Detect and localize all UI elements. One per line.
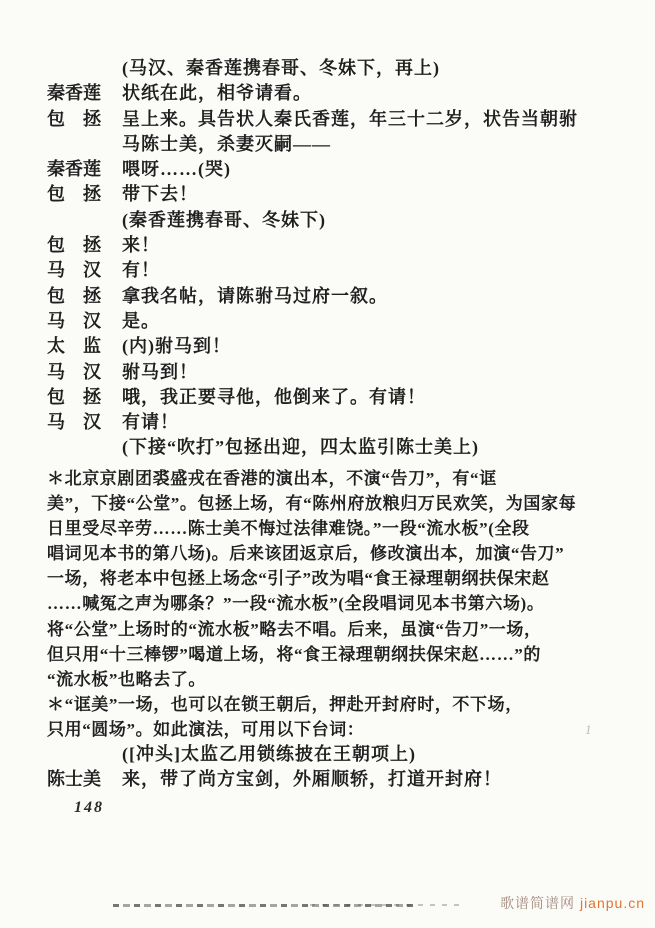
speaker-name: 秦香莲 [47,157,103,182]
script-line: 陈士美 来，带了尚方宝剑，外厢顺轿，打道开封府！ [47,767,622,792]
speaker-name: 包 拯 [47,182,103,207]
line-text: 是。 [122,311,160,331]
line-text: (秦香莲携春哥、冬妹下) [122,210,326,230]
script-line: 包 拯 哦，我正要寻他，他倒来了。有请！ [47,385,622,410]
watermark: 歌谱简谱网 jianpu.cn [500,893,645,913]
line-text: 有请！ [122,412,179,432]
footnote-line: 唱词见本书的第八场)。后来该团返京后，修改演出本，加演“告刀” [47,541,622,566]
script-line: 包 拯 带下去！ [47,182,622,207]
watermark-site-name: 歌谱简谱网 [500,895,575,911]
speaker-name: 包 拯 [47,233,103,258]
line-text: (马汉、秦香莲携春哥、冬妹下，再上) [122,58,440,78]
page-number: 148 [74,799,104,817]
scanned-book-page: (马汉、秦香莲携春哥、冬妹下，再上) 秦香莲 状纸在此，相爷请看。 包 拯 呈上… [0,0,655,928]
scan-artifact-line-faint [310,904,460,906]
line-text: 带下去！ [122,184,198,204]
footnote-line: 将“公堂”上场时的“流水板”略去不唱。后来，虽演“告刀”一场， [47,617,622,642]
line-text: ([冲头]太监乙用锁练披在王朝项上) [122,744,416,764]
script-line: (马汉、秦香莲携春哥、冬妹下，再上) [47,56,622,81]
script-line: 包 拯 呈上来。具告状人秦氏香莲，年三十二岁，状告当朝驸 [47,107,622,132]
line-text: 有！ [122,260,160,280]
script-line: (秦香莲携春哥、冬妹下) [47,208,622,233]
script-line: 马陈士美，杀妻灭嗣—— [47,132,622,157]
footnote-line: ＊北京京剧团裘盛戎在香港的演出本，不演“告刀”，有“诓 [47,466,622,491]
line-text: 来，带了尚方宝剑，外厢顺轿，打道开封府！ [122,769,502,789]
speaker-name: 太 监 [47,334,103,359]
speaker-name: 秦香莲 [47,81,103,106]
footnote-line: ＊“诓美”一场，也可以在锁王朝后，押赴开封府时，不下场， [47,692,622,717]
script-line: 秦香莲 状纸在此，相爷请看。 [47,81,622,106]
script-line: 马 汉 驸马到！ [47,360,622,385]
scan-artifact-mark: 1 [585,722,592,738]
script-line: 秦香莲 喂呀……(哭) [47,157,622,182]
speaker-name: 包 拯 [47,385,103,410]
line-text: 状纸在此，相爷请看。 [122,83,312,103]
script-line: ([冲头]太监乙用锁练披在王朝项上) [47,742,622,767]
line-text: (内)驸马到！ [122,336,231,356]
footnote-line: 日里受尽辛劳……陈士美不悔过法律难饶。”一段“流水板”(全段 [47,516,622,541]
script-line: 马 汉 有！ [47,258,622,283]
footnote-line: 美”，下接“公堂”。包拯上场，有“陈州府放粮归万民欢笑，为国家每 [47,491,622,516]
speaker-name: 陈士美 [47,767,103,792]
speaker-name: 马 汉 [47,410,103,435]
script-line: 马 汉 是。 [47,309,622,334]
footnote-line: ……喊冤之声为哪条？”一段“流水板”(全段唱词见本书第六场)。 [47,591,622,616]
speaker-name: 马 汉 [47,360,103,385]
line-text: 呈上来。具告状人秦氏香莲，年三十二岁，状告当朝驸 [122,109,578,129]
footnote-line: 只用“圆场”。如此演法，可用以下台词： [47,717,622,742]
script-line: 包 拯 来！ [47,233,622,258]
script-section-closing: ([冲头]太监乙用锁练披在王朝项上) 陈士美 来，带了尚方宝剑，外厢顺轿，打道开… [47,742,622,793]
script-line: 包 拯 拿我名帖，请陈驸马过府一叙。 [47,284,622,309]
script-section-top: (马汉、秦香莲携春哥、冬妹下，再上) 秦香莲 状纸在此，相爷请看。 包 拯 呈上… [47,56,622,461]
footnote-paragraph-1: ＊北京京剧团裘盛戎在香港的演出本，不演“告刀”，有“诓美”，下接“公堂”。包拯上… [47,466,622,692]
watermark-site-link[interactable]: jianpu.cn [580,895,645,911]
speaker-name: 马 汉 [47,309,103,334]
script-line: 马 汉 有请！ [47,410,622,435]
footnote-line: “流水板”也略去了。 [47,667,622,692]
line-text: 喂呀……(哭) [122,159,231,179]
speaker-name: 马 汉 [47,258,103,283]
line-text: (下接“吹打”包拯出迎，四太监引陈士美上) [122,437,479,457]
line-text: 拿我名帖，请陈驸马过府一叙。 [122,286,388,306]
speaker-name: 包 拯 [47,284,103,309]
line-text: 马陈士美，杀妻灭嗣—— [122,134,331,154]
line-text: 哦，我正要寻他，他倒来了。有请！ [122,387,426,407]
speaker-name: 包 拯 [47,107,103,132]
footnote-paragraph-2: ＊“诓美”一场，也可以在锁王朝后，押赴开封府时，不下场，只用“圆场”。如此演法，… [47,692,622,742]
footnote-line: 但只用“十三棒锣”喝道上场，将“食王禄理朝纲扶保宋赵……”的 [47,642,622,667]
line-text: 驸马到！ [122,362,198,382]
line-text: 来！ [122,235,160,255]
script-line: 太 监 (内)驸马到！ [47,334,622,359]
script-line: (下接“吹打”包拯出迎，四太监引陈士美上) [47,435,622,460]
footnote-line: 一场，将老本中包拯上场念“引子”改为唱“食王禄理朝纲扶保宋赵 [47,566,622,591]
